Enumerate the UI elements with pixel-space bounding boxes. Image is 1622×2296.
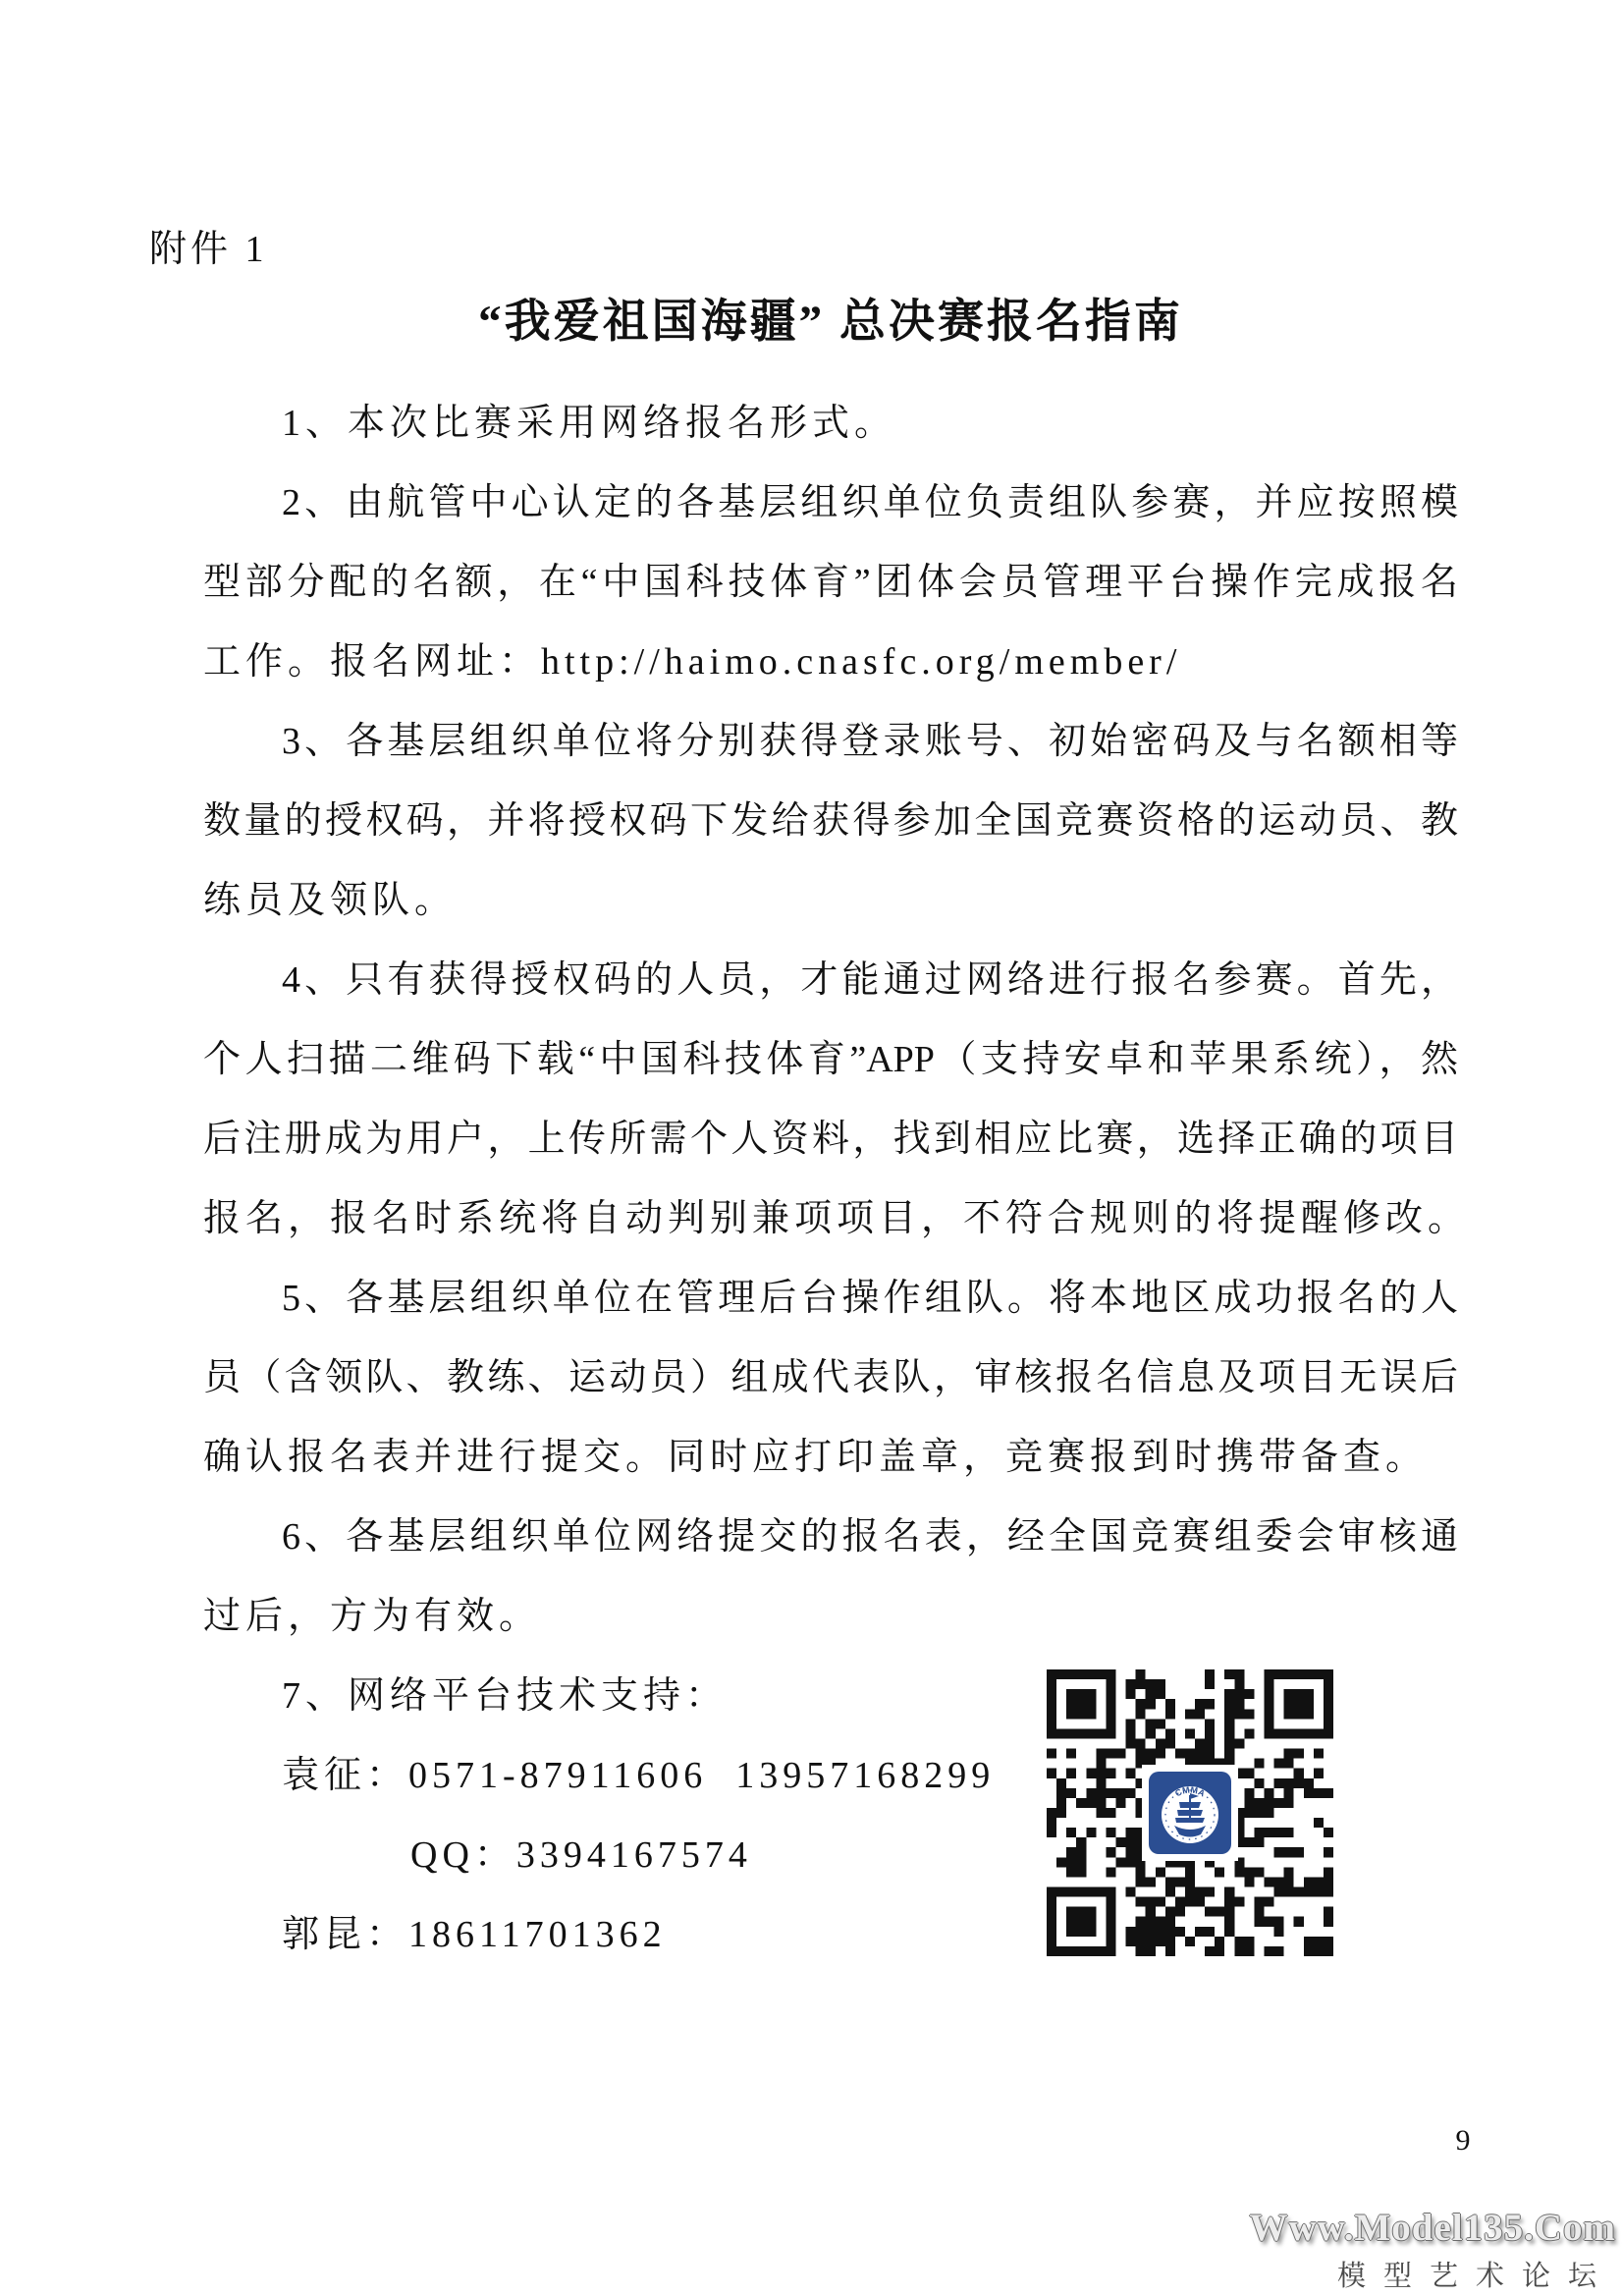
- page-number: 9: [1429, 2124, 1497, 2158]
- qr-code: CMMA: [1047, 1669, 1333, 1956]
- watermark: Www.Model135.Com 模型艺术论坛: [1250, 2206, 1616, 2294]
- text-line: 练员及领队。: [203, 861, 1458, 941]
- text-line: 过后，方为有效。: [203, 1577, 1458, 1657]
- text-line: 员（含领队、教练、运动员）组成代表队，审核报名信息及项目无误后: [203, 1339, 1458, 1418]
- text-line: 1、本次比赛采用网络报名形式。: [282, 384, 1458, 464]
- text-line: 确认报名表并进行提交。同时应打印盖章，竞赛报到时携带备查。: [203, 1418, 1458, 1498]
- text-line: 6、各基层组织单位网络提交的报名表，经全国竞赛组委会审核通: [282, 1498, 1458, 1577]
- text-line: 3、各基层组织单位将分别获得登录账号、初始密码及与名额相等: [282, 702, 1458, 782]
- qr-logo-emblem: CMMA: [1149, 1772, 1231, 1854]
- text-line: 工作。报名网址：http://haimo.cnasfc.org/member/: [203, 623, 1458, 702]
- text-line: 报名，报名时系统将自动判别兼项项目，不符合规则的将提醒修改。: [203, 1179, 1458, 1259]
- text-line: 后注册成为用户，上传所需个人资料，找到相应比赛，选择正确的项目: [203, 1100, 1458, 1179]
- text-line: 型部分配的名额，在“中国科技体育”团体会员管理平台操作完成报名: [203, 543, 1458, 623]
- text-line: 个人扫描二维码下载“中国科技体育”APP（支持安卓和苹果系统），然: [203, 1020, 1458, 1100]
- text-line: 5、各基层组织单位在管理后台操作组队。将本地区成功报名的人: [282, 1259, 1458, 1339]
- watermark-site: Www.Model135.Com: [1250, 2206, 1616, 2250]
- document-page: 附件 1 “我爱祖国海疆” 总决赛报名指南 1、本次比赛采用网络报名形式。 2、…: [0, 0, 1622, 2296]
- text-line: 4、只有获得授权码的人员，才能通过网络进行报名参赛。首先，: [282, 941, 1458, 1020]
- text-line: 数量的授权码，并将授权码下发给获得参加全国竞赛资格的运动员、教: [203, 782, 1458, 861]
- text-line: 2、由航管中心认定的各基层组织单位负责组队参赛，并应按照模: [282, 464, 1458, 543]
- watermark-forum: 模型艺术论坛: [1250, 2254, 1614, 2294]
- attachment-label: 附件 1: [149, 218, 268, 272]
- page-title: “我爱祖国海疆” 总决赛报名指南: [203, 285, 1458, 351]
- qr-center-logo: CMMA: [1142, 1765, 1238, 1861]
